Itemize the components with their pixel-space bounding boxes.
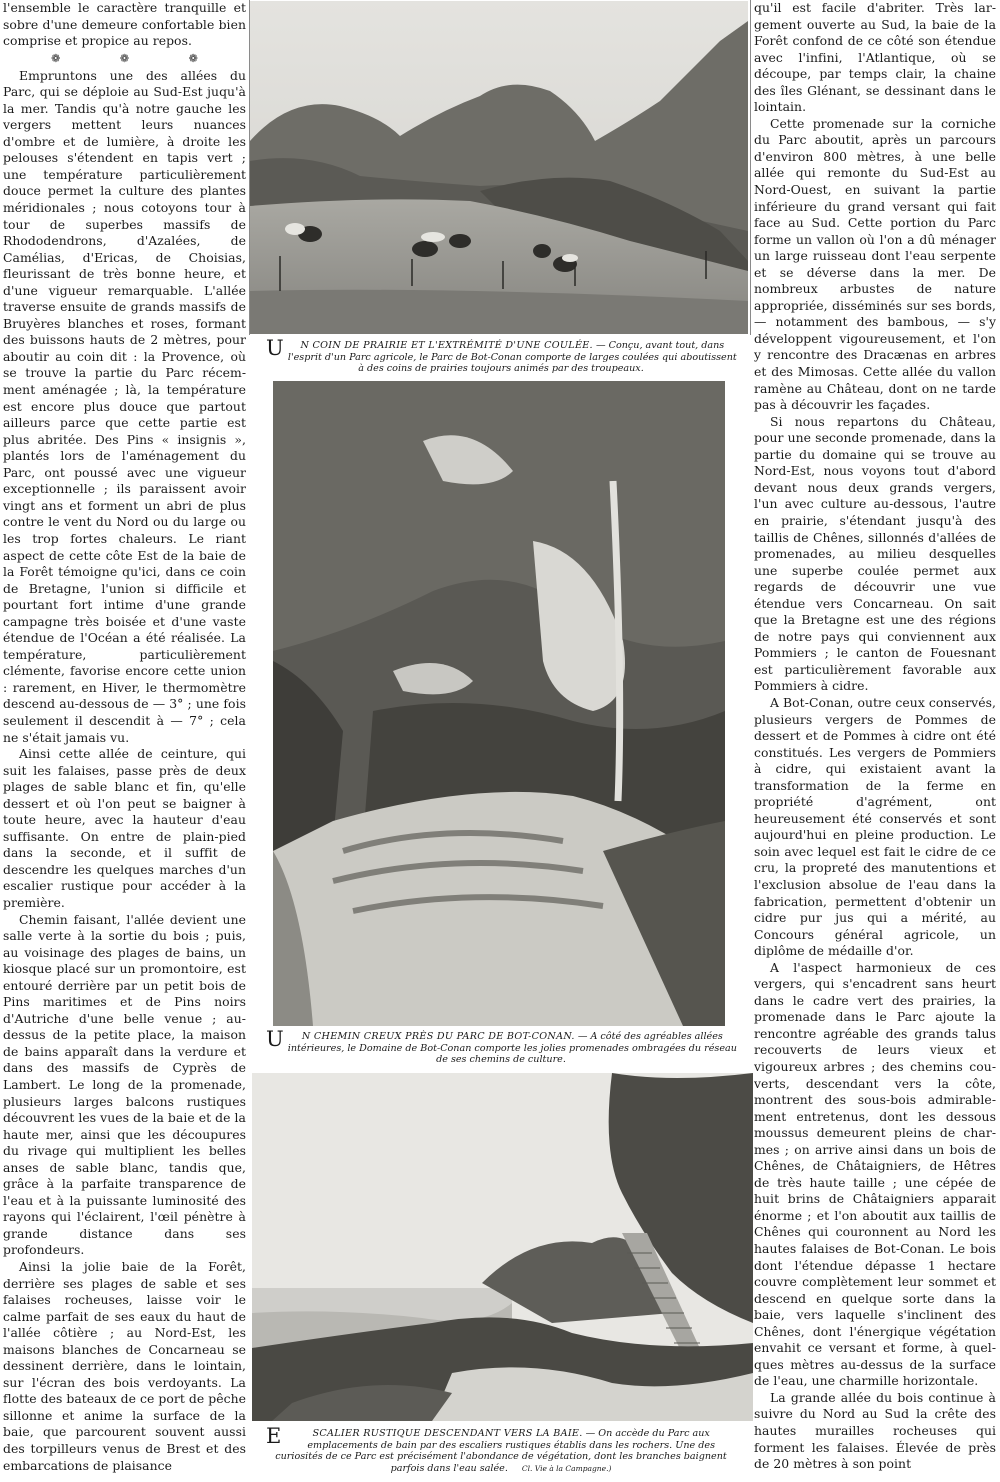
paragraph: Empruntons une des allées du Parc, qui s…	[3, 68, 246, 746]
paragraph: Ainsi cette allée de ceinture, qui suit …	[3, 746, 246, 911]
caption-drop-initial: E	[266, 1426, 281, 1446]
photo-credit: Cl. Vie à la Campagne.)	[522, 1464, 612, 1473]
photo-chemin-creux	[273, 381, 725, 1026]
caption-drop-initial: U	[266, 1029, 284, 1049]
photo-escalier-rustique	[252, 1073, 753, 1421]
photo-caption-prairie: U n coin de prairie et l'extrémité d'une…	[262, 340, 740, 375]
paragraph: La grande allée du bois continue à suivr…	[754, 1390, 996, 1473]
caption-drop-initial: U	[266, 338, 284, 358]
paragraph: Chemin faisant, l'allée devient une sall…	[3, 912, 246, 1259]
meadow-photo-icon	[250, 1, 748, 334]
paragraph: Cette promenade sur la corniche du Parc …	[754, 116, 996, 414]
column-divider	[750, 0, 751, 335]
coastal-stairs-photo-icon	[252, 1073, 753, 1421]
paragraph: Ainsi la jolie baie de la Forêt, derrièr…	[3, 1259, 246, 1474]
paragraph: l'ensemble le caractère tranquille et so…	[3, 0, 246, 50]
caption-title: scalier rustique descendant vers la baie…	[313, 1428, 583, 1439]
wooded-lane-photo-icon	[273, 381, 725, 1026]
photo-caption-chemin: U n chemin creux près du parc de Bot-Con…	[262, 1031, 740, 1066]
right-text-column: qu'il est facile d'abriter. Très lar­gem…	[754, 0, 996, 1473]
photo-caption-escalier: E scalier rustique descendant vers la ba…	[262, 1428, 740, 1474]
section-ornament: ❁ ❁ ❁	[3, 51, 246, 66]
paragraph: A l'aspect harmonieux de ces vergers, qu…	[754, 960, 996, 1390]
paragraph: qu'il est facile d'abriter. Très lar­gem…	[754, 0, 996, 116]
photo-prairie-cows	[250, 1, 748, 334]
paragraph: Si nous repartons du Château, pour une s…	[754, 414, 996, 695]
left-text-column: l'ensemble le caractère tranquille et so…	[3, 0, 246, 1474]
caption-title: n coin de prairie et l'extrémité d'une c…	[300, 340, 592, 351]
caption-title: n chemin creux près du parc de Bot-Conan…	[302, 1031, 575, 1042]
paragraph: A Bot-Conan, outre ceux con­servés, plus…	[754, 695, 996, 960]
